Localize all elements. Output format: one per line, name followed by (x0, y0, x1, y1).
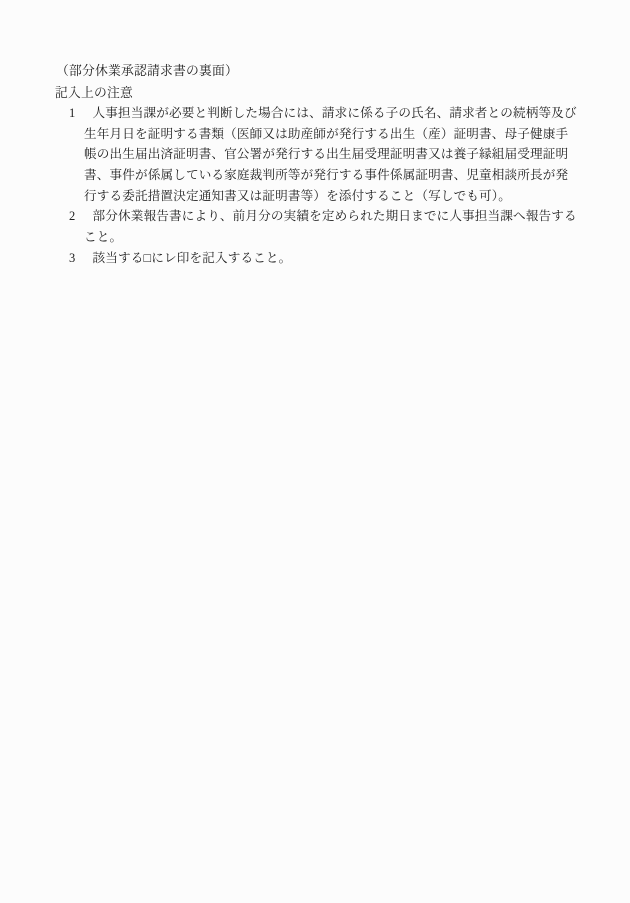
document-page: （部分休業承認請求書の裏面） 記入上の注意 1 人事担当課が必要と判断した場合に… (0, 0, 630, 903)
note-number: 2 (69, 206, 75, 227)
note-text-line: 書、事件が係属している家庭裁判所等が発行する事件係属証明書、児童相談所長が発 (84, 165, 576, 186)
note-text-line: 生年月日を証明する書類（医師又は助産師が発行する出生（産）証明書、母子健康手 (84, 124, 576, 145)
note-item-1: 1 人事担当課が必要と判断した場合には、請求に係る子の氏名、請求者との続柄等及び… (0, 103, 630, 206)
note-item-2: 2 部分休業報告書により、前月分の実績を定められた期日までに人事担当課へ報告する… (0, 206, 630, 247)
notes-list: 1 人事担当課が必要と判断した場合には、請求に係る子の氏名、請求者との続柄等及び… (0, 103, 630, 269)
note-number: 1 (69, 103, 75, 124)
note-text-line: 帳の出生届出済証明書、官公署が発行する出生届受理証明書又は養子縁組届受理証明 (84, 144, 576, 165)
note-number: 3 (69, 248, 75, 269)
note-text-line: 人事担当課が必要と判断した場合には、請求に係る子の氏名、請求者との続柄等及び (84, 103, 576, 124)
note-text-line: こと。 (84, 227, 576, 248)
note-text: 人事担当課が必要と判断した場合には、請求に係る子の氏名、請求者との続柄等及び 生… (84, 103, 576, 206)
note-text: 該当する□にレ印を記入すること。 (84, 248, 576, 269)
note-text-line: 部分休業報告書により、前月分の実績を定められた期日までに人事担当課へ報告する (84, 206, 576, 227)
note-text: 部分休業報告書により、前月分の実績を定められた期日までに人事担当課へ報告する こ… (84, 206, 576, 247)
back-side-title: （部分休業承認請求書の裏面） (56, 61, 238, 81)
note-item-3: 3 該当する□にレ印を記入すること。 (0, 248, 630, 269)
note-text-line: 該当する□にレ印を記入すること。 (84, 248, 576, 269)
note-text-line: 行する委託措置決定通知書又は証明書等）を添付すること（写しでも可）。 (84, 186, 576, 207)
notes-heading: 記入上の注意 (55, 83, 133, 103)
